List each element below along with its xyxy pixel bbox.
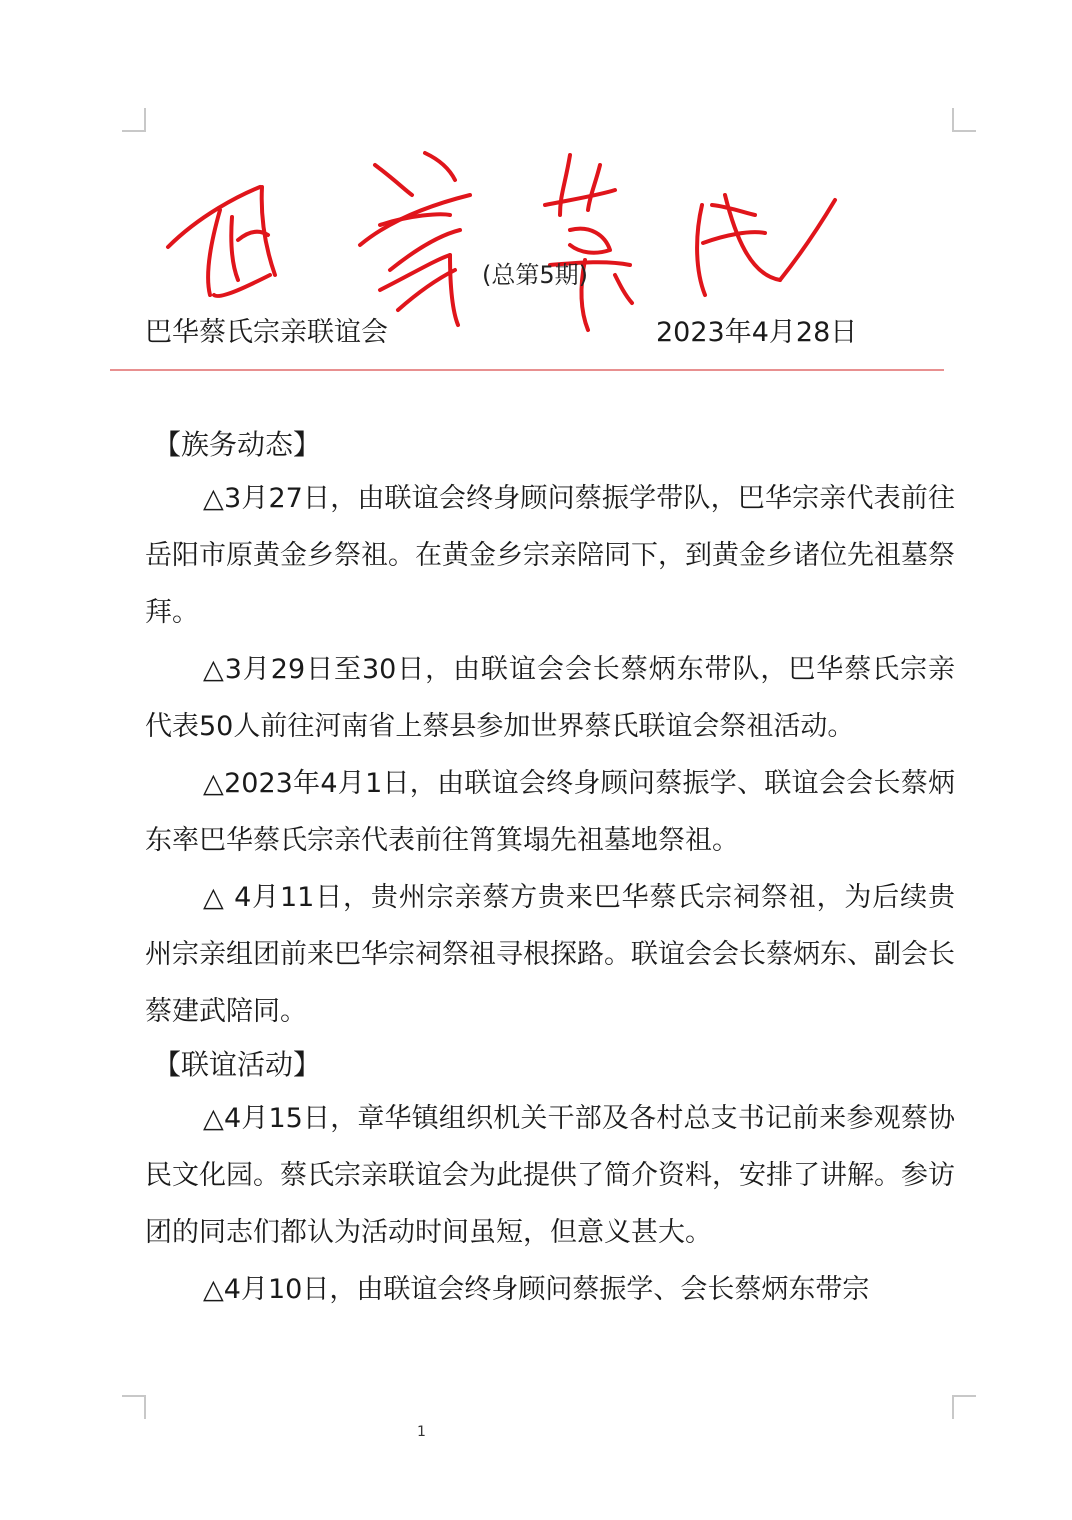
page-number: 1 [417,1424,426,1440]
issue-number: (总第5期) [482,255,588,290]
publication-date: 2023年4月28日 [656,310,857,349]
organization-name: 巴华蔡氏宗亲联谊会 [145,310,388,349]
paragraph: △3月27日，由联谊会终身顾问蔡振学带队，巴华宗亲代表前往岳阳市原黄金乡祭祖。在… [145,470,955,641]
document-body: 【族务动态】 △3月27日，由联谊会终身顾问蔡振学带队，巴华宗亲代表前往岳阳市原… [145,420,955,1318]
page-corner-mark-bottom-left [122,1395,146,1419]
masthead-calligraphy [150,135,850,335]
paragraph: △2023年4月1日，由联谊会终身顾问蔡振学、联谊会会长蔡炳东率巴华蔡氏宗亲代表… [145,755,955,869]
paragraph: △4月10日，由联谊会终身顾问蔡振学、会长蔡炳东带宗 [145,1261,955,1318]
page-corner-mark-top-left [122,108,146,132]
page-corner-mark-top-right [952,108,976,132]
calligraphy-title-icon [150,135,850,335]
paragraph: △3月29日至30日，由联谊会会长蔡炳东带队，巴华蔡氏宗亲代表50人前往河南省上… [145,641,955,755]
paragraph: △ 4月11日，贵州宗亲蔡方贵来巴华蔡氏宗祠祭祖，为后续贵州宗亲组团前来巴华宗祠… [145,869,955,1040]
section-title-friendship-activities: 【联谊活动】 [145,1040,955,1090]
page-corner-mark-bottom-right [952,1395,976,1419]
section-title-clan-affairs: 【族务动态】 [145,420,955,470]
paragraph: △4月15日，章华镇组织机关干部及各村总支书记前来参观蔡协民文化园。蔡氏宗亲联谊… [145,1090,955,1261]
header-divider [110,369,944,371]
